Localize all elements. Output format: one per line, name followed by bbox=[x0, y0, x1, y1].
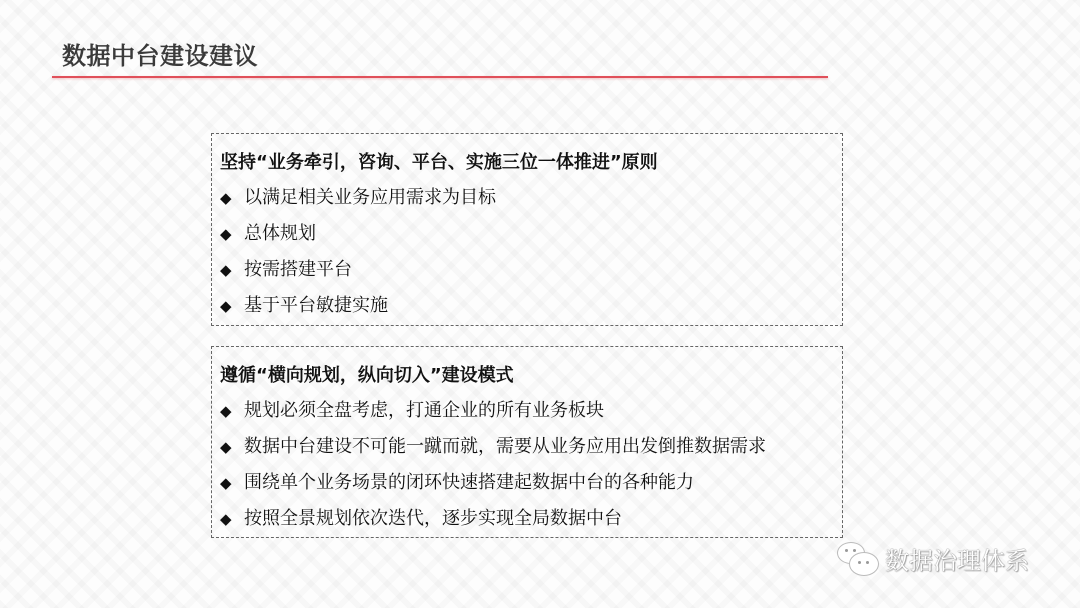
list-item-text: 数据中台建设不可能一蹴而就，需要从业务应用出发倒推数据需求 bbox=[244, 429, 766, 465]
list-item-text: 规划必须全盘考虑，打通企业的所有业务板块 bbox=[244, 393, 604, 429]
page-title: 数据中台建设建议 bbox=[62, 36, 258, 71]
diamond-bullet-icon: ◆ bbox=[220, 180, 244, 216]
section-heading: 坚持“业务牵引，咨询、平台、实施三位一体推进”原则 bbox=[220, 146, 842, 180]
list-item: ◆ 基于平台敏捷实施 bbox=[220, 288, 842, 324]
list-item-text: 总体规划 bbox=[244, 216, 316, 252]
list-item-text: 基于平台敏捷实施 bbox=[244, 288, 388, 324]
diamond-bullet-icon: ◆ bbox=[220, 429, 244, 465]
diamond-bullet-icon: ◆ bbox=[220, 393, 244, 429]
principle-section-box: 坚持“业务牵引，咨询、平台、实施三位一体推进”原则 ◆ 以满足相关业务应用需求为… bbox=[211, 133, 843, 326]
diamond-bullet-icon: ◆ bbox=[220, 501, 244, 537]
watermark-text: 数据治理体系 bbox=[885, 541, 1029, 576]
title-divider bbox=[52, 76, 828, 78]
list-item-text: 以满足相关业务应用需求为目标 bbox=[244, 180, 496, 216]
list-item-text: 按需搭建平台 bbox=[244, 252, 352, 288]
list-item: ◆ 按需搭建平台 bbox=[220, 252, 842, 288]
list-item: ◆ 数据中台建设不可能一蹴而就，需要从业务应用出发倒推数据需求 bbox=[220, 429, 842, 465]
diamond-bullet-icon: ◆ bbox=[220, 252, 244, 288]
list-item-text: 围绕单个业务场景的闭环快速搭建起数据中台的各种能力 bbox=[244, 465, 694, 501]
diamond-bullet-icon: ◆ bbox=[220, 288, 244, 324]
list-item: ◆ 规划必须全盘考虑，打通企业的所有业务板块 bbox=[220, 393, 842, 429]
mode-section-box: 遵循“横向规划，纵向切入”建设模式 ◆ 规划必须全盘考虑，打通企业的所有业务板块… bbox=[211, 346, 843, 538]
diamond-bullet-icon: ◆ bbox=[220, 465, 244, 501]
list-item-text: 按照全景规划依次迭代，逐步实现全局数据中台 bbox=[244, 501, 622, 537]
list-item: ◆ 按照全景规划依次迭代，逐步实现全局数据中台 bbox=[220, 501, 842, 537]
section-heading: 遵循“横向规划，纵向切入”建设模式 bbox=[220, 359, 842, 393]
list-item: ◆ 围绕单个业务场景的闭环快速搭建起数据中台的各种能力 bbox=[220, 465, 842, 501]
list-item: ◆ 总体规划 bbox=[220, 216, 842, 252]
list-item: ◆ 以满足相关业务应用需求为目标 bbox=[220, 180, 842, 216]
diamond-bullet-icon: ◆ bbox=[220, 216, 244, 252]
wechat-icon bbox=[835, 540, 881, 576]
watermark: 数据治理体系 bbox=[835, 540, 1029, 576]
